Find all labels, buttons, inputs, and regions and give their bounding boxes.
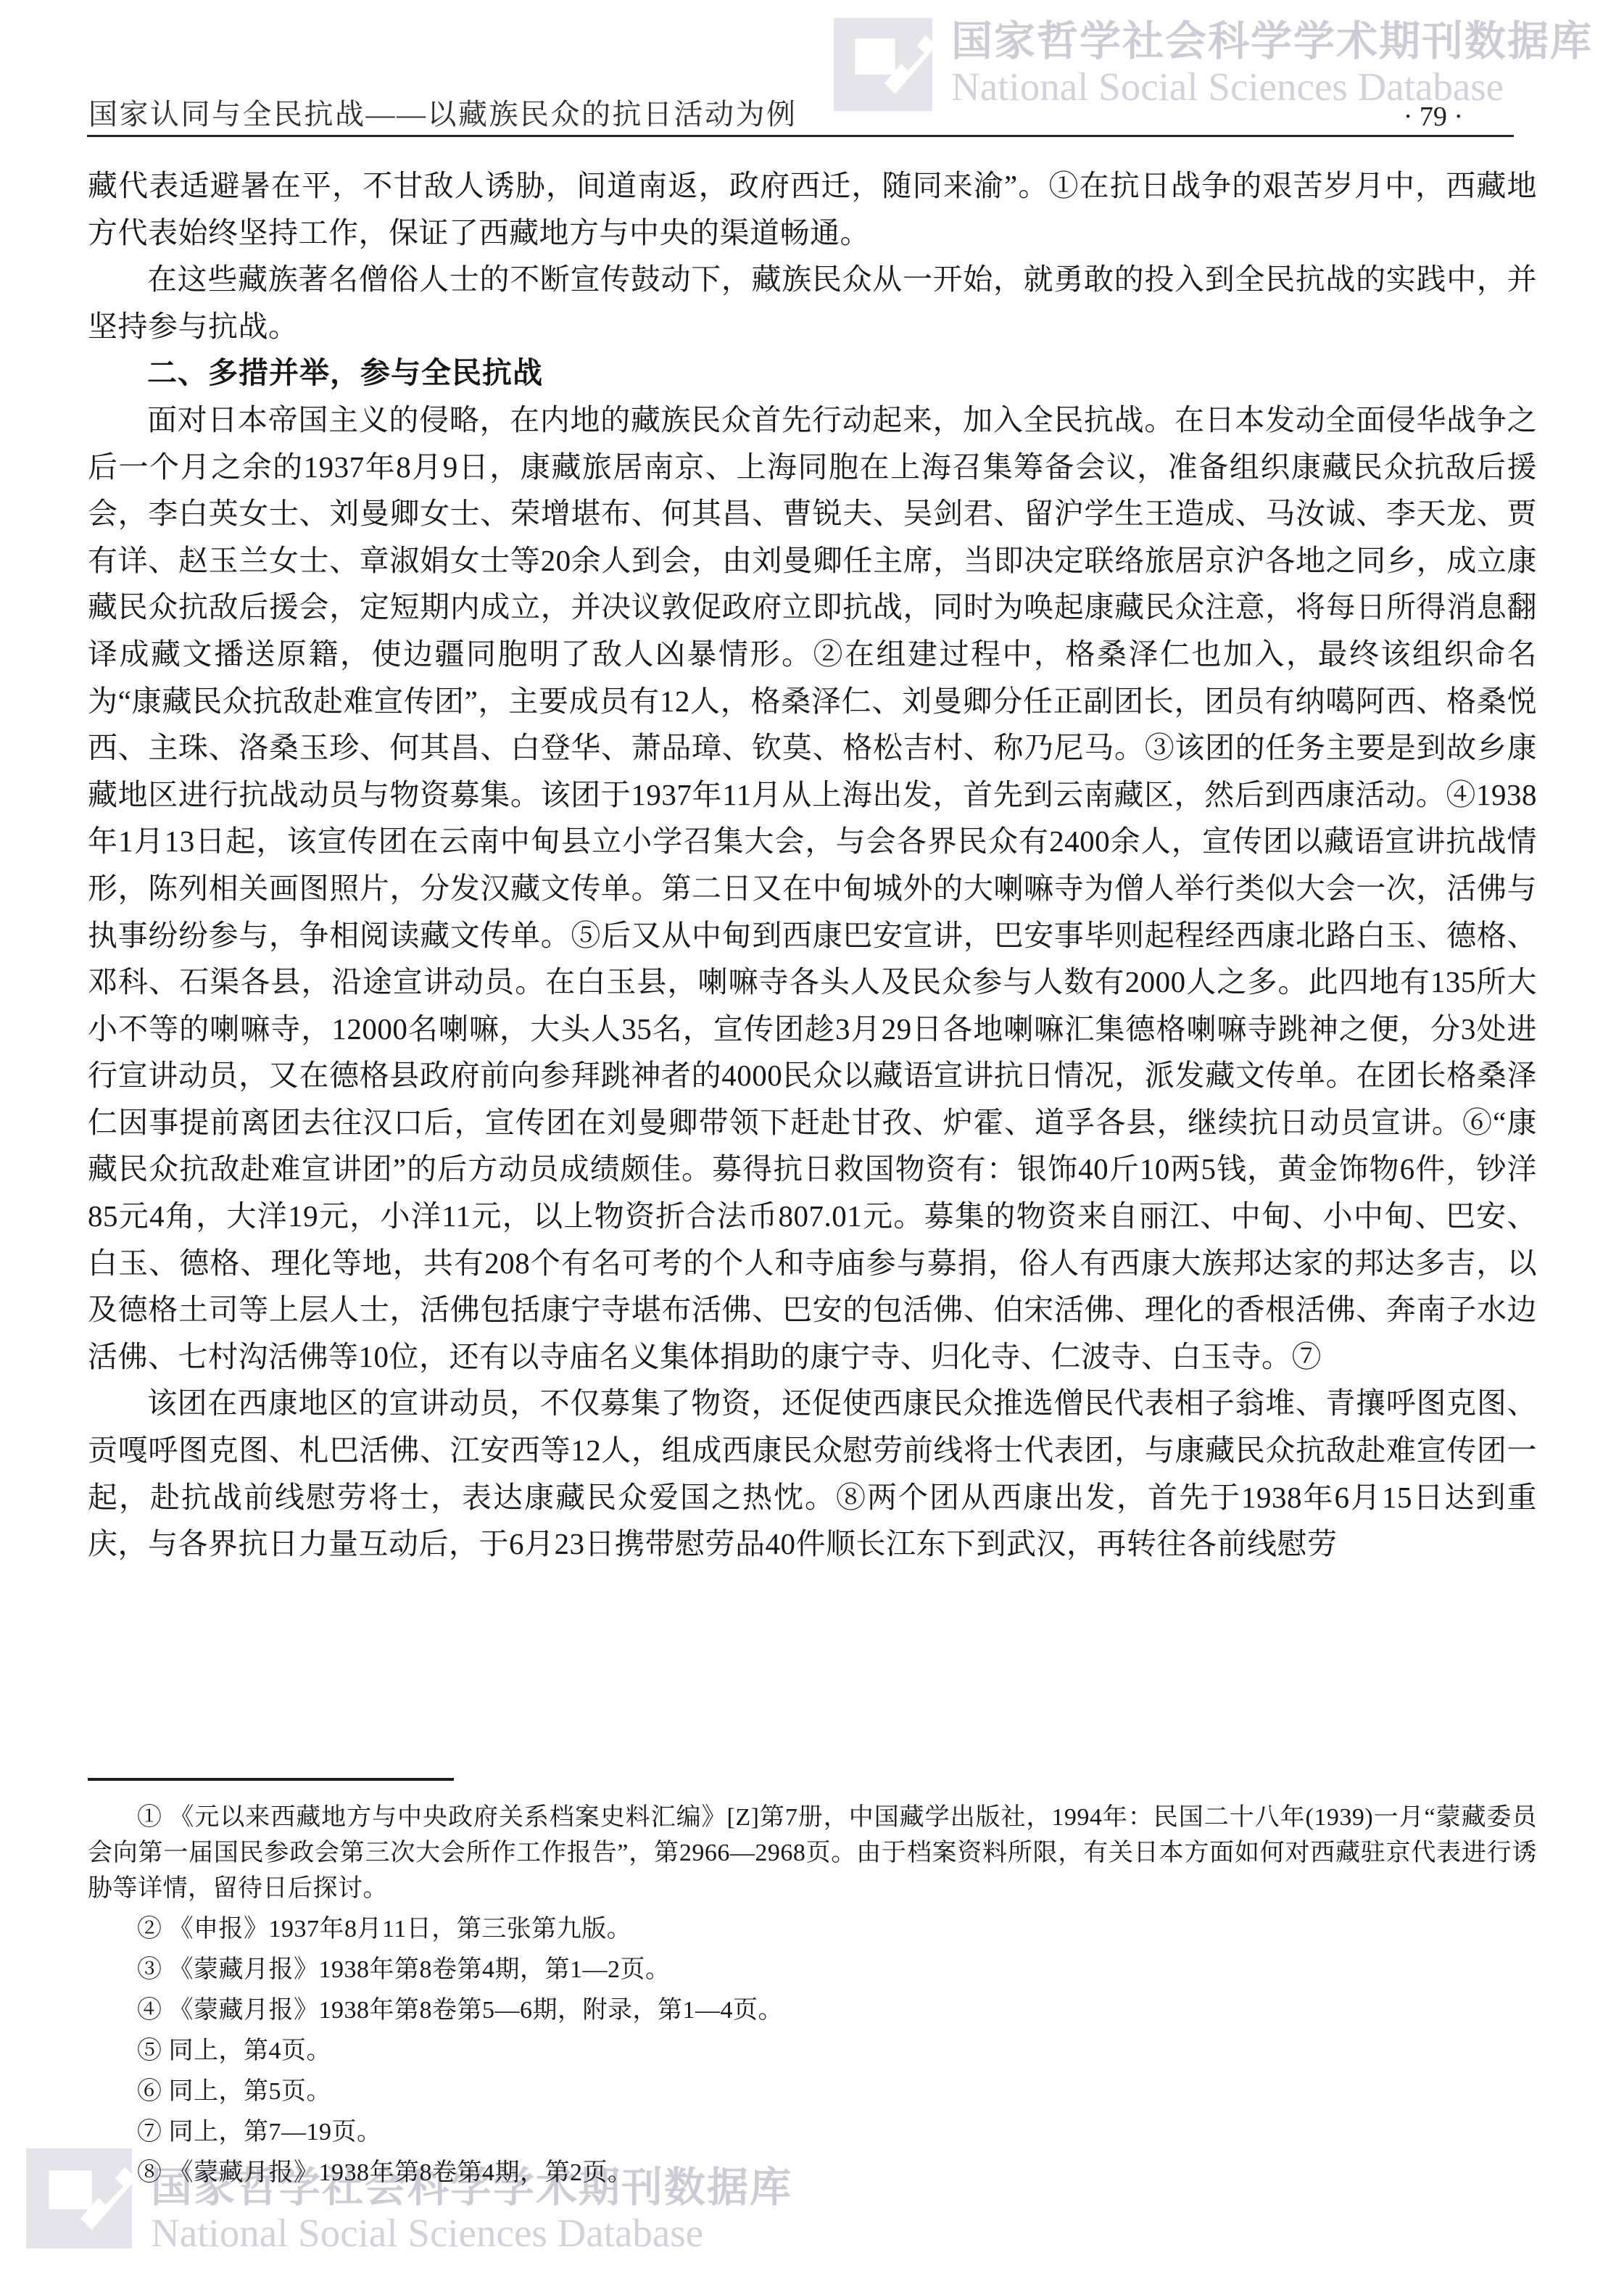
paragraph-delegation: 该团在西康地区的宣讲动员，不仅募集了物资，还促使西康民众推选僧民代表相子翁堆、青… — [88, 1380, 1537, 1567]
footnote-item: ⑥ 同上，第5页。 — [88, 2074, 1537, 2109]
footnote-item: ④ 《蒙藏月报》1938年第8卷第5—6期，附录，第1—4页。 — [88, 1993, 1537, 2028]
running-title: 国家认同与全民抗战——以藏族民众的抗日活动为例 — [88, 91, 797, 133]
article-body: 藏代表适避暑在平，不甘敌人诱胁，间道南返，政府西迁，随同来渝”。①在抗日战争的艰… — [88, 162, 1537, 1568]
footnote-item: ⑧ 《蒙藏月报》1938年第8卷第4期，第2页。 — [88, 2155, 1537, 2190]
watermark-en-text: National Social Sciences Database — [151, 2211, 703, 2255]
paragraph-commitment: 在这些藏族著名僧俗人士的不断宣传鼓动下，藏族民众从一开始，就勇敢的投入到全民抗战… — [88, 256, 1537, 349]
footnote-item: ② 《申报》1937年8月11日，第三张第九版。 — [88, 1911, 1537, 1947]
footnotes-block: ① 《元以来西藏地方与中央政府关系档案史料汇编》[Z]第7册，中国藏学出版社，1… — [88, 1778, 1537, 2196]
section-heading: 二、多措并举，参与全民抗战 — [88, 349, 1537, 397]
footnote-item: ③ 《蒙藏月报》1938年第8卷第4期，第1—2页。 — [88, 1952, 1537, 1987]
footnote-item: ① 《元以来西藏地方与中央政府关系档案史料汇编》[Z]第7册，中国藏学出版社，1… — [88, 1800, 1537, 1906]
paragraph-mobilization: 面对日本帝国主义的侵略，在内地的藏族民众首先行动起来，加入全民抗战。在日本发动全… — [88, 397, 1537, 1380]
footnote-item: ⑤ 同上，第4页。 — [88, 2033, 1537, 2069]
footnote-item: ⑦ 同上，第7—19页。 — [88, 2114, 1537, 2150]
header-rule — [87, 135, 1514, 137]
page-number: · 79 · — [1404, 101, 1463, 133]
journal-page: 国家哲学社会科学学术期刊数据库 National Social Sciences… — [0, 0, 1624, 2284]
footnote-separator — [88, 1778, 454, 1781]
watermark-cn-text: 国家哲学社会科学学术期刊数据库 — [951, 18, 1593, 65]
page-header: 国家认同与全民抗战——以藏族民众的抗日活动为例 · 79 · — [88, 91, 1514, 133]
paragraph-continuation: 藏代表适避暑在平，不甘敌人诱胁，间道南返，政府西迁，随同来渝”。①在抗日战争的艰… — [88, 162, 1537, 256]
